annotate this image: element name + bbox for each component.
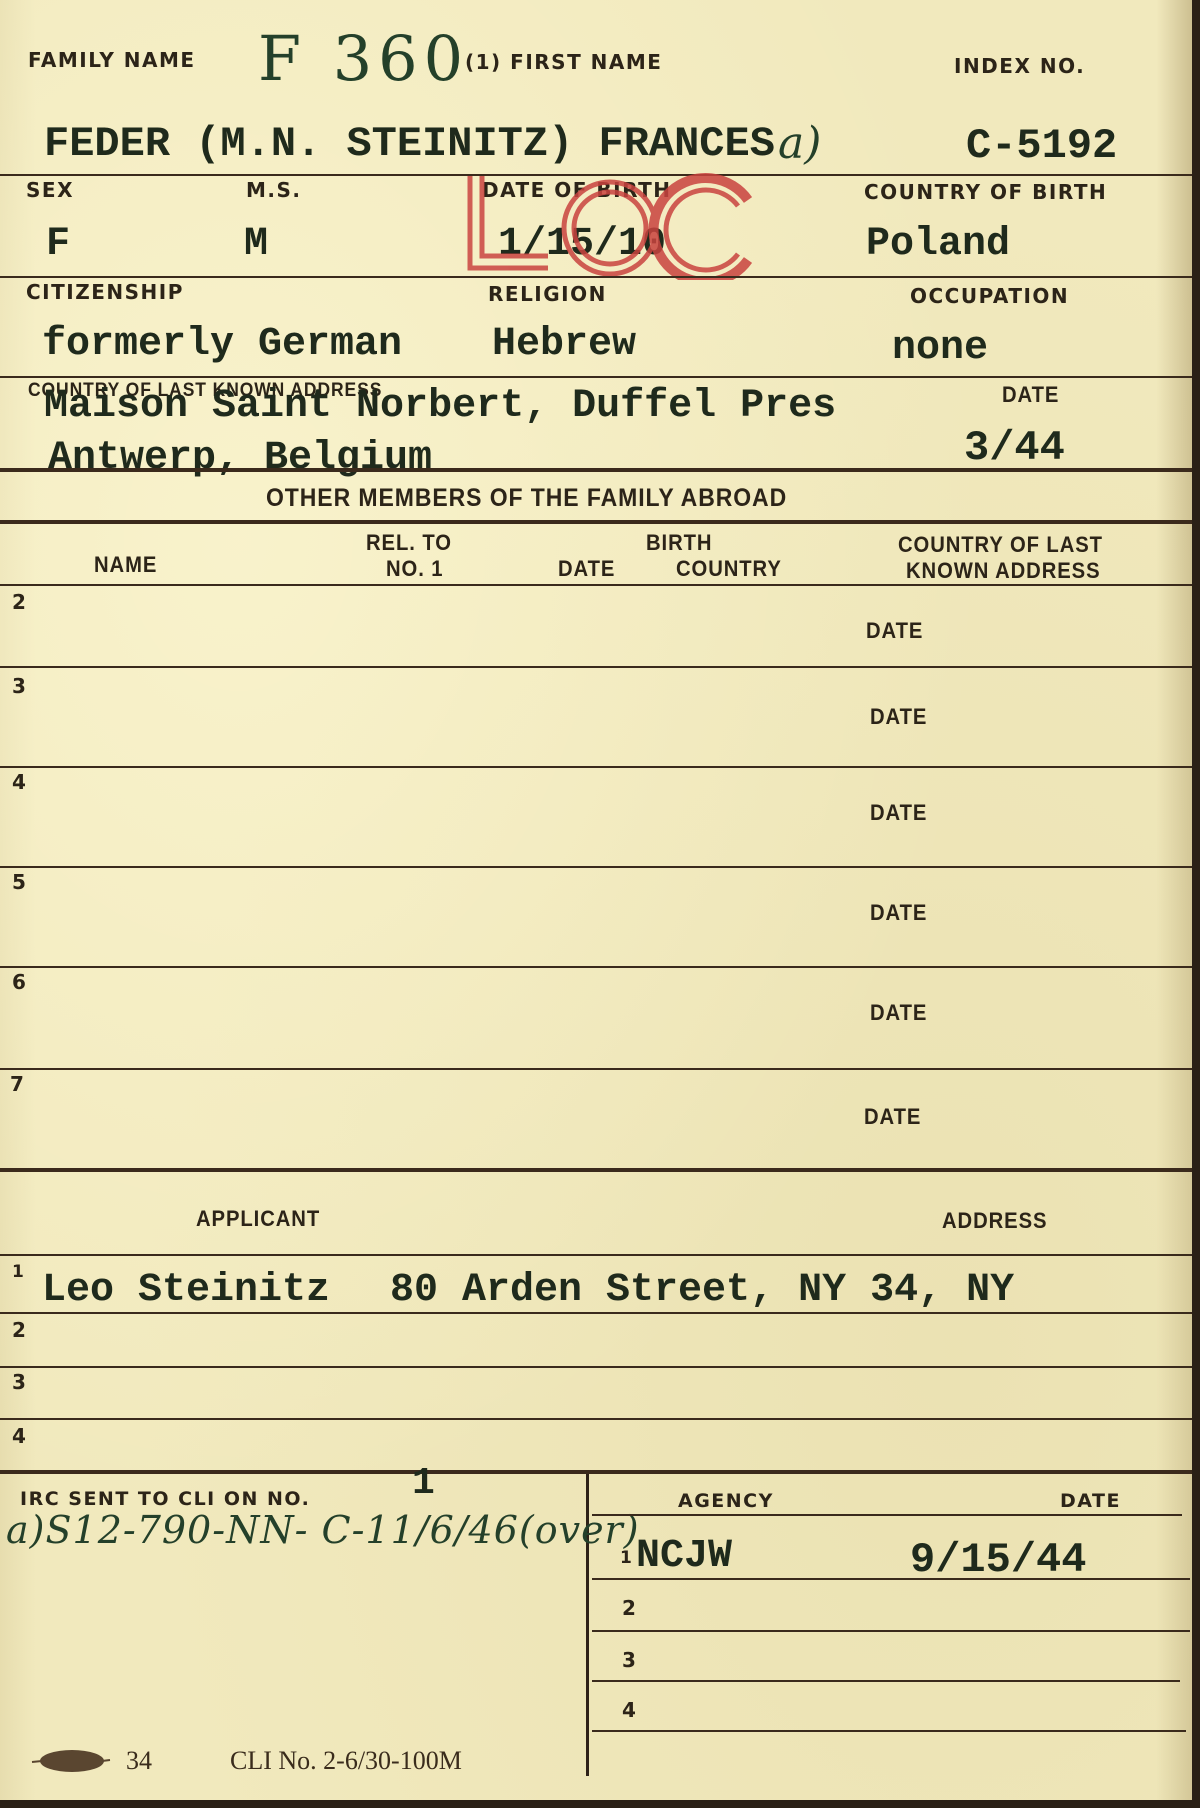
index-no-value: C-5192 [966, 122, 1117, 170]
col-last-address-header-1: COUNTRY OF LAST [898, 532, 1103, 558]
divider [592, 1730, 1186, 1732]
row-number: 1 [620, 1548, 632, 1568]
applicant-label: APPLICANT [196, 1206, 320, 1232]
divider [0, 1366, 1192, 1368]
row-number: 2 [12, 1318, 26, 1342]
row-date-label: DATE [866, 618, 923, 644]
divider [0, 1312, 1192, 1314]
col-name-header: NAME [94, 552, 157, 578]
row-date-label: DATE [870, 800, 927, 826]
last-address-date-value: 3/44 [964, 424, 1065, 472]
divider [0, 1254, 1192, 1256]
occupation-label: OCCUPATION [910, 284, 1069, 308]
col-birth-country-header: COUNTRY [676, 556, 782, 582]
row-number: 6 [12, 970, 26, 994]
row-number: 1 [12, 1262, 24, 1282]
address-label: ADDRESS [942, 1208, 1047, 1234]
handwritten-file-number: F 360 [258, 22, 469, 95]
country-of-birth-value: Poland [866, 222, 1010, 267]
row-number: 5 [12, 870, 26, 894]
form-code: CLI No. 2-6/30-100M [230, 1746, 462, 1776]
index-card: FAMILY NAME F 360 (1) FIRST NAME INDEX N… [0, 0, 1200, 1808]
last-address-line1: Maison Saint Norbert, Duffel Pres [44, 384, 836, 429]
divider [0, 376, 1192, 378]
religion-label: RELIGION [488, 282, 607, 306]
divider [0, 276, 1192, 278]
divider [0, 766, 1192, 768]
divider [592, 1578, 1190, 1580]
first-name-label: (1) FIRST NAME [465, 50, 662, 74]
divider [0, 1168, 1192, 1172]
applicant-address: 80 Arden Street, NY 34, NY [390, 1268, 1014, 1313]
col-relation-header-1: REL. TO [366, 530, 452, 556]
divider [592, 1514, 1182, 1516]
row-date-label: DATE [870, 704, 927, 730]
citizenship-value: formerly German [42, 322, 402, 367]
divider [0, 1418, 1192, 1420]
divider [0, 966, 1192, 968]
row-number: 4 [12, 1424, 26, 1448]
divider [0, 468, 1192, 472]
name-annotation: a) [778, 118, 821, 169]
union-label-icon [28, 1748, 112, 1774]
citizenship-label: CITIZENSHIP [26, 280, 184, 304]
agency-date-label: DATE [1060, 1490, 1121, 1512]
divider [0, 1470, 1192, 1474]
divider [0, 1068, 1192, 1070]
union-number: 34 [126, 1746, 152, 1776]
irc-number: 1 [412, 1462, 436, 1505]
row-number: 3 [12, 1370, 26, 1394]
country-of-birth-label: COUNTRY OF BIRTH [864, 180, 1107, 204]
irc-handwritten-note: a)S12-790-NN- C-11/6/46(over) [6, 1508, 640, 1552]
col-last-address-header-2: KNOWN ADDRESS [906, 558, 1101, 584]
family-abroad-title: OTHER MEMBERS OF THE FAMILY ABROAD [266, 484, 787, 513]
divider [0, 866, 1192, 868]
sex-value: F [46, 222, 71, 267]
agency-name: NCJW [636, 1534, 732, 1579]
row-date-label: DATE [864, 1104, 921, 1130]
marital-status-label: M.S. [246, 178, 302, 202]
divider [592, 1680, 1180, 1682]
agency-label: AGENCY [678, 1490, 774, 1512]
row-number: 4 [622, 1698, 636, 1722]
date-of-birth-label: DATE OF BIRTH [482, 178, 672, 202]
divider [0, 666, 1192, 668]
index-no-label: INDEX NO. [954, 54, 1085, 78]
row-number: 2 [622, 1596, 636, 1620]
last-address-date-label: DATE [1002, 382, 1059, 408]
divider [592, 1630, 1190, 1632]
col-relation-header-2: NO. 1 [386, 556, 443, 582]
col-birth-date-header: DATE [558, 556, 615, 582]
date-of-birth-value: 1/15/10 [498, 222, 666, 267]
row-date-label: DATE [870, 1000, 927, 1026]
religion-value: Hebrew [492, 322, 636, 367]
divider [0, 520, 1192, 524]
divider [0, 174, 1192, 176]
row-number: 3 [622, 1648, 636, 1672]
last-address-line2: Antwerp, Belgium [48, 436, 432, 481]
occupation-value: none [892, 326, 988, 371]
irc-sent-label: IRC SENT TO CLI ON NO. [20, 1488, 310, 1510]
col-birth-header: BIRTH [646, 530, 712, 556]
row-number: 3 [12, 674, 26, 698]
sex-label: SEX [26, 178, 74, 202]
marital-status-value: M [244, 222, 269, 267]
row-number: 4 [12, 770, 26, 794]
family-name-label: FAMILY NAME [28, 48, 196, 72]
row-number: 2 [12, 590, 26, 614]
divider [0, 584, 1192, 586]
agency-date: 9/15/44 [910, 1536, 1086, 1584]
applicant-name: Leo Steinitz [42, 1268, 330, 1313]
row-date-label: DATE [870, 900, 927, 926]
row-number: 7 [10, 1072, 24, 1096]
full-name-value: FEDER (M.N. STEINITZ) FRANCES [44, 120, 775, 168]
